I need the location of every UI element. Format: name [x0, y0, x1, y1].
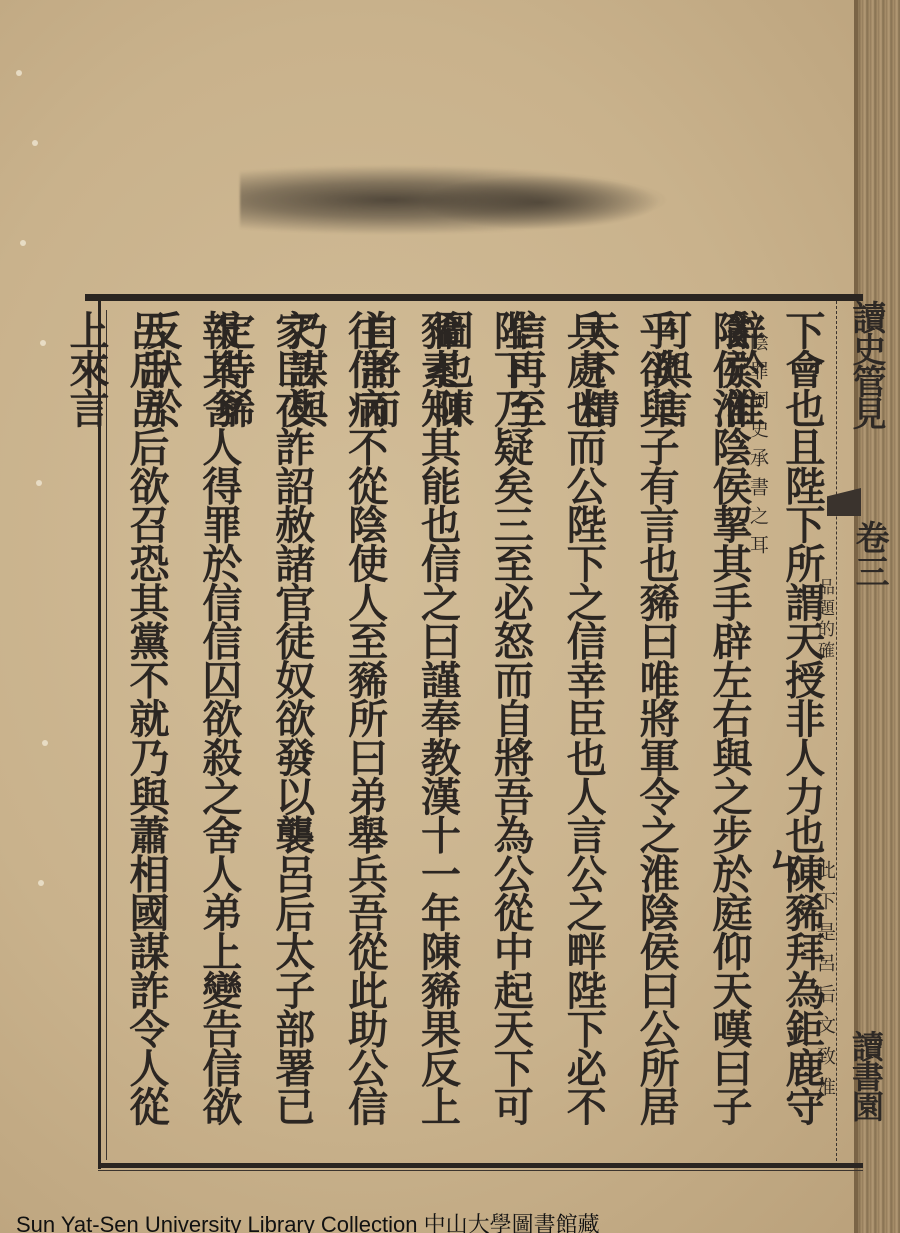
annotation-top-right: 品題的確 [812, 578, 837, 662]
text-column-6: 豨素知其能也信之曰謹奉教漢十一年陳豨果反上自將而 [402, 302, 468, 1160]
text-column-9: 報其舍人得罪於信信囚欲殺之舍人弟上變告信欲反狀於 [183, 302, 249, 1160]
library-credit: Sun Yat-Sen University Library Collectio… [16, 1208, 600, 1233]
frame-left-border [98, 301, 101, 1169]
frame-bottom-inner-line [98, 1170, 863, 1171]
frame-top-border [85, 294, 863, 301]
publisher-margin: 讀書園 [843, 1030, 889, 1120]
text-column-4: 兵處也而公陛下之信幸臣也人言公之畔陛下必不信再至 [547, 302, 613, 1160]
main-text-block: 下會也且陛下所謂天授非人力也陳豨拜為鉅鹿守辭於淮 陰侯淮陰侯挈其手辟左右與之步於… [110, 302, 832, 1160]
volume-number: 卷三 [845, 520, 894, 588]
annotation-bottom-right: 此下是呂后文致淮 [812, 860, 839, 1108]
book-title-margin: 讀史管見 [842, 300, 891, 428]
frame-bottom-border [98, 1163, 863, 1168]
annotation-column-2: 陰罪詞史承書之耳 [745, 332, 772, 564]
paragraph-mark: ㄣ [763, 828, 807, 892]
text-column-3: 乎欲與子有言也豨曰唯將軍令之淮陰侯曰公所居天下精 [620, 302, 686, 1160]
text-column-5: 陛下乃疑矣三至必怒而自將吾為公從中起天下可圖也陳 [474, 302, 540, 1160]
binding-holes [12, 60, 52, 960]
ink-smudge-secondary [420, 175, 660, 230]
text-column-8: 家臣夜詐詔赦諸官徒奴欲發以襲呂后太子部署已定待豨 [256, 302, 322, 1160]
frame-left-inner-line [106, 310, 107, 1160]
text-column-7: 往信病不從陰使人至豨所曰弟舉兵吾從此助公信乃謀與 [329, 302, 395, 1160]
text-column-10: 呂后呂后欲召恐其黨不就乃與蕭相國謀詐令人從上來言 [110, 302, 176, 1160]
